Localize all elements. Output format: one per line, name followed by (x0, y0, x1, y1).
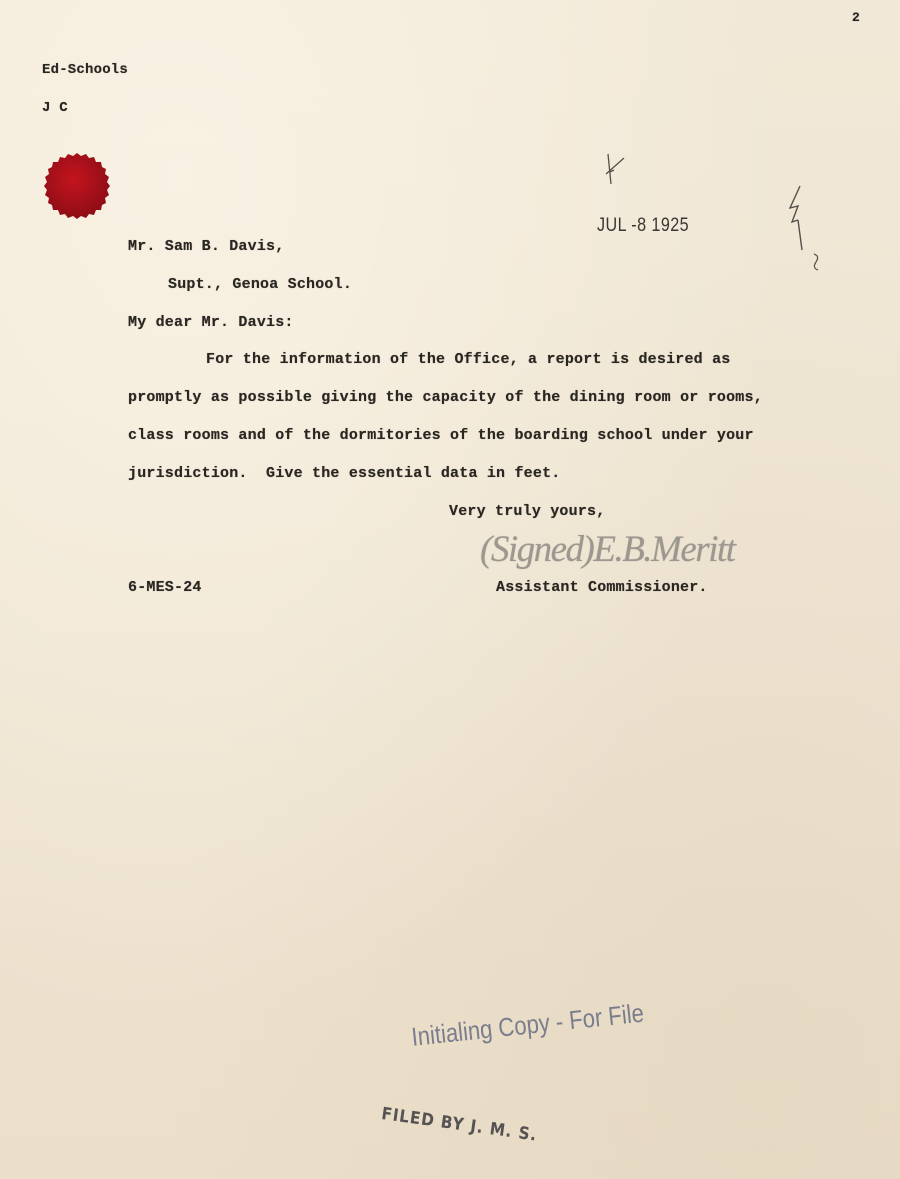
red-seal-icon (43, 152, 111, 220)
filed-by-stamp: FILED BY J. M. S. (380, 1104, 538, 1146)
letter-page: 2 Ed-Schools J C JUL -8 1925 Mr. Sam B. … (0, 0, 900, 1179)
body-line: class rooms and of the dormitories of th… (128, 427, 754, 444)
file-code: Ed-Schools (42, 62, 128, 78)
initialing-copy-stamp: Initialing Copy - For File (410, 998, 645, 1053)
body-line: promptly as possible giving the capacity… (128, 389, 763, 406)
reference-code: 6-MES-24 (128, 579, 202, 596)
typist-initials: J C (42, 100, 68, 116)
body-line: jurisdiction. Give the essential data in… (128, 465, 560, 482)
addressee-name: Mr. Sam B. Davis, (128, 238, 284, 255)
signer-title: Assistant Commissioner. (496, 579, 708, 596)
pencil-3-mark-icon (784, 182, 824, 274)
closing: Very truly yours, (449, 503, 605, 520)
pencil-k-mark-icon (600, 152, 630, 188)
page-number: 2 (852, 10, 860, 25)
date-stamp: JUL -8 1925 (597, 215, 689, 237)
addressee-title: Supt., Genoa School. (168, 276, 352, 293)
signature-stamp: (Signed)E.B.Meritt (480, 528, 735, 571)
salutation: My dear Mr. Davis: (128, 314, 294, 331)
body-line: For the information of the Office, a rep… (206, 351, 730, 368)
